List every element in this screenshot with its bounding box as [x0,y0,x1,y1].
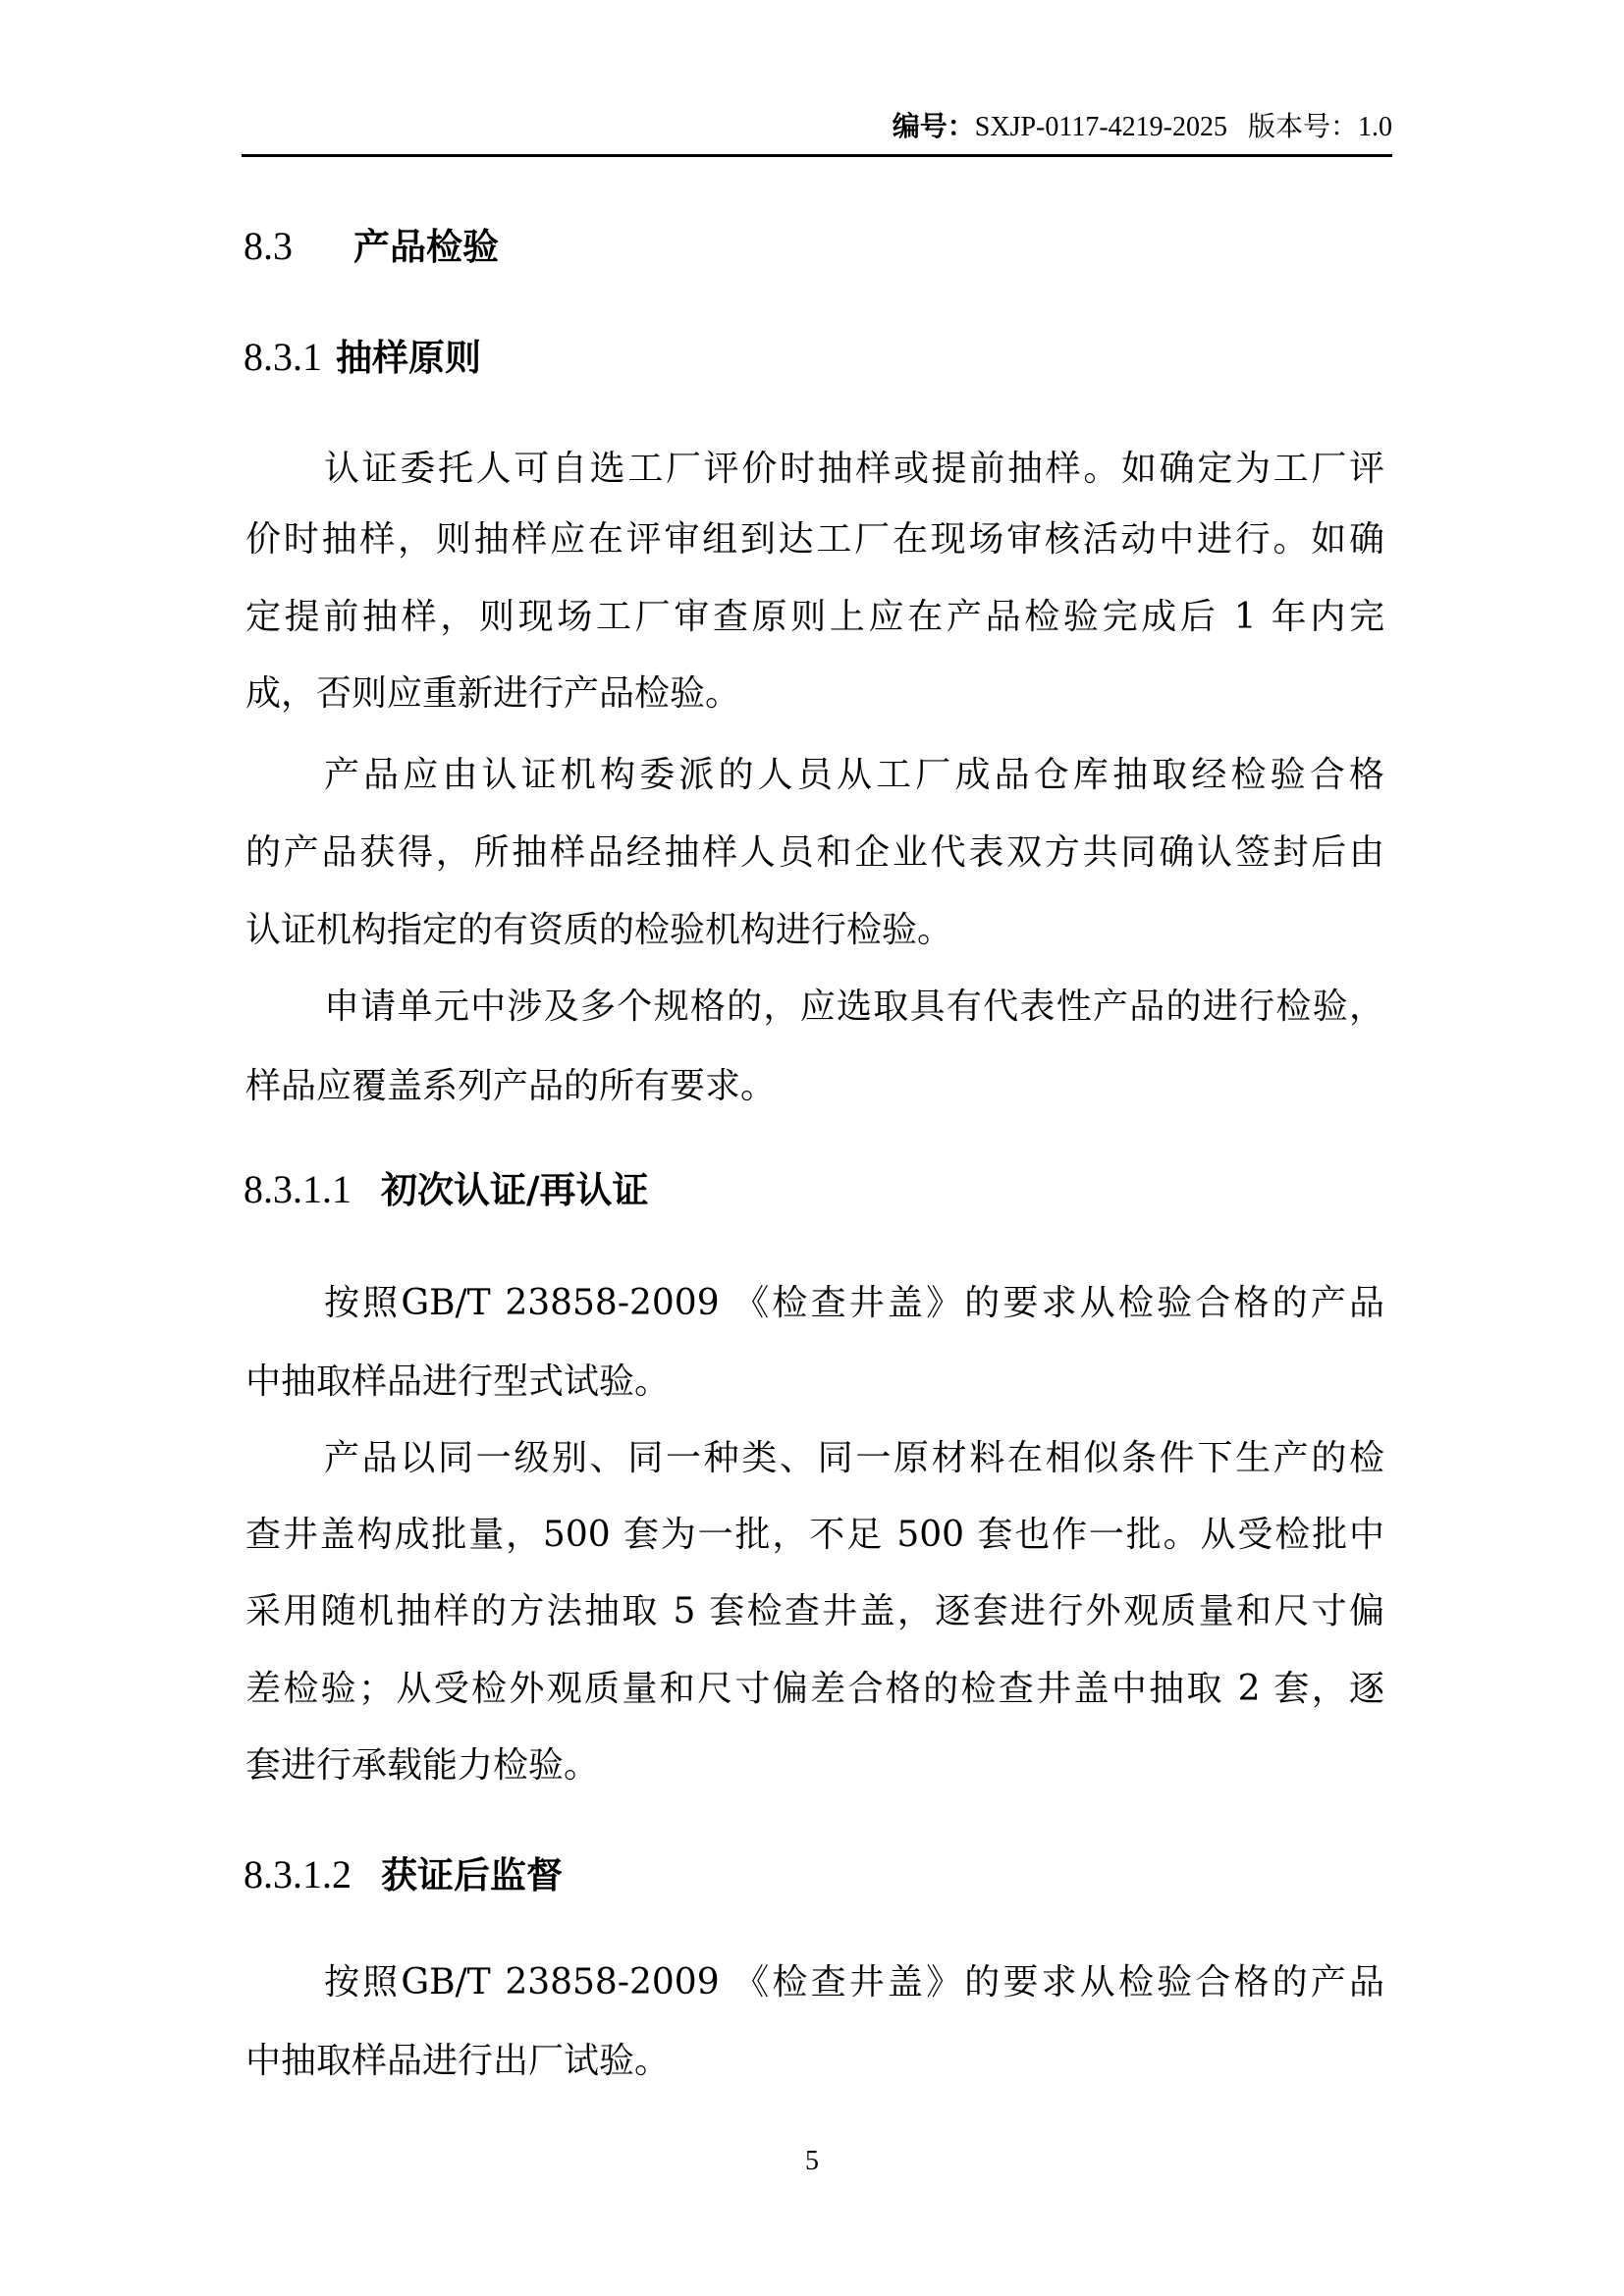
paragraph-line: 产品应由认证机构委派的人员从工厂成品仓库抽取经检验合格 [324,754,1384,797]
paragraph-line: 采用随机抽样的方法抽取 5 套检查井盖，逐套进行外观质量和尺寸偏 [245,1590,1384,1633]
version-number: 1.0 [1358,112,1392,142]
section-number: 8.3.1.2 [244,1853,352,1896]
paragraph-line: 查井盖构成批量，500 套为一批，不足 500 套也作一批。从受检批中 [245,1514,1384,1557]
page-number: 5 [0,2146,1624,2177]
paragraph-line: 按照GB/T 23858-2009 《检查井盖》的要求从检验合格的产品 [324,1282,1384,1325]
section-number: 8.3 [244,225,293,268]
paragraph-line: 认证委托人可自选工厂评价时抽样或提前抽样。如确定为工厂评 [324,448,1384,491]
section-number: 8.3.1 [244,336,322,379]
paragraph-line: 认证机构指定的有资质的检验机构进行检验。 [245,909,1384,952]
paragraph-line: 按照GB/T 23858-2009 《检查井盖》的要求从检验合格的产品 [324,1961,1384,2004]
paragraph-line: 中抽取样品进行型式试验。 [245,1361,1384,1404]
section-title: 初次认证/再认证 [381,1168,649,1211]
section-heading-8-3-1-2: 8.3.1.2获证后监督 [244,1853,563,1896]
header-divider [242,154,1392,157]
section-heading-8-3: 8.3产品检验 [244,225,499,268]
document-code-label: 编号： [893,112,975,142]
section-number: 8.3.1.1 [244,1168,352,1211]
paragraph-line: 定提前抽样，则现场工厂审查原则上应在产品检验完成后 1 年内完 [245,596,1384,639]
paragraph-line: 样品应覆盖系列产品的所有要求。 [245,1065,1384,1108]
paragraph-line: 套进行承载能力检验。 [245,1744,1384,1788]
section-heading-8-3-1: 8.3.1抽样原则 [244,336,481,379]
version-label: 版本号： [1248,112,1358,142]
paragraph-line: 差检验；从受检外观质量和尺寸偏差合格的检查井盖中抽取 2 套，逐 [245,1668,1384,1711]
section-heading-8-3-1-1: 8.3.1.1初次认证/再认证 [244,1168,649,1211]
paragraph-line: 价时抽样，则抽样应在评审组到达工厂在现场审核活动中进行。如确 [245,518,1384,561]
paragraph-line: 产品以同一级别、同一种类、同一原材料在相似条件下生产的检 [324,1437,1384,1480]
page-header: 编号：SXJP-0117-4219-2025 版本号：1.0 [242,110,1392,145]
paragraph-line: 成，否则应重新进行产品检验。 [245,672,1384,716]
paragraph-line: 申请单元中涉及多个规格的，应选取具有代表性产品的进行检验， [324,986,1384,1029]
section-title: 抽样原则 [336,336,481,379]
paragraph-line: 的产品获得，所抽样品经抽样人员和企业代表双方共同确认签封后由 [245,831,1384,875]
section-title: 产品检验 [353,225,499,268]
paragraph-line: 中抽取样品进行出厂试验。 [245,2040,1384,2083]
document-code: SXJP-0117-4219-2025 [975,112,1227,142]
section-title: 获证后监督 [381,1853,563,1896]
